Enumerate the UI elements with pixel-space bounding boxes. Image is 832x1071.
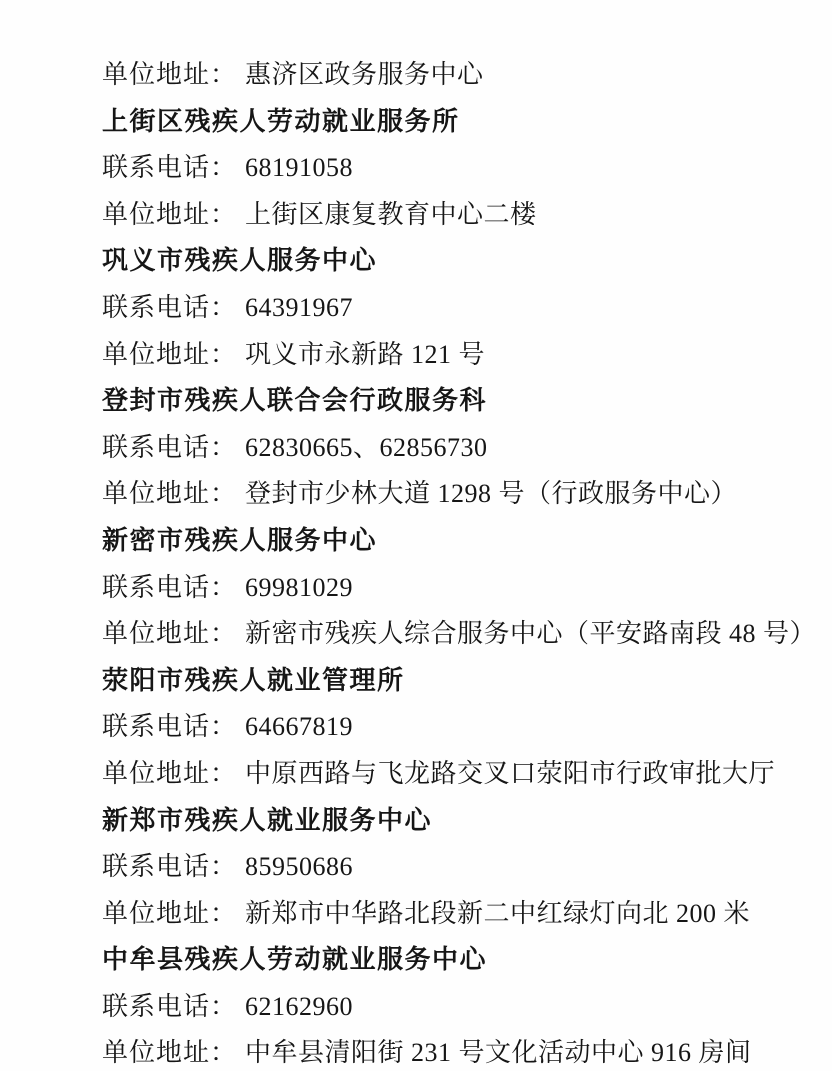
org-name: 新密市残疾人服务中心 bbox=[102, 518, 796, 565]
address-line: 单位地址：惠济区政务服务中心 bbox=[102, 52, 796, 99]
address-line: 单位地址：登封市少林大道 1298 号（行政服务中心） bbox=[102, 471, 796, 518]
address-label: 单位地址： bbox=[102, 619, 237, 648]
address-line: 单位地址：中原西路与飞龙路交叉口荥阳市行政审批大厅 bbox=[102, 751, 796, 798]
address-line: 单位地址：上街区康复教育中心二楼 bbox=[102, 192, 796, 239]
phone-label: 联系电话： bbox=[102, 712, 237, 741]
address-line: 单位地址：巩义市永新路 121 号 bbox=[102, 332, 796, 379]
org-name: 荥阳市残疾人就业管理所 bbox=[102, 658, 796, 705]
address-line: 单位地址：中牟县清阳街 231 号文化活动中心 916 房间 bbox=[102, 1030, 796, 1071]
address-label: 单位地址： bbox=[102, 759, 237, 788]
phone-label: 联系电话： bbox=[102, 573, 237, 602]
phone-label: 联系电话： bbox=[102, 852, 237, 881]
address-line: 单位地址：新密市残疾人综合服务中心（平安路南段 48 号） bbox=[102, 611, 796, 658]
phone-value: 62830665、62856730 bbox=[245, 433, 488, 462]
address-label: 单位地址： bbox=[102, 340, 237, 369]
phone-line: 联系电话：85950686 bbox=[102, 844, 796, 891]
org-name: 巩义市残疾人服务中心 bbox=[102, 238, 796, 285]
document-page: 单位地址：惠济区政务服务中心 上街区残疾人劳动就业服务所 联系电话：681910… bbox=[0, 0, 832, 1071]
address-value: 惠济区政务服务中心 bbox=[245, 60, 484, 89]
address-value: 中原西路与飞龙路交叉口荥阳市行政审批大厅 bbox=[245, 759, 775, 788]
phone-line: 联系电话：69981029 bbox=[102, 565, 796, 612]
phone-label: 联系电话： bbox=[102, 153, 237, 182]
address-line: 单位地址：新郑市中华路北段新二中红绿灯向北 200 米 bbox=[102, 891, 796, 938]
phone-value: 62162960 bbox=[245, 992, 353, 1021]
phone-value: 85950686 bbox=[245, 852, 353, 881]
address-label: 单位地址： bbox=[102, 200, 237, 229]
phone-line: 联系电话：64667819 bbox=[102, 704, 796, 751]
org-name: 登封市残疾人联合会行政服务科 bbox=[102, 378, 796, 425]
phone-line: 联系电话：62830665、62856730 bbox=[102, 425, 796, 472]
address-value: 新密市残疾人综合服务中心（平安路南段 48 号） bbox=[245, 619, 816, 648]
address-label: 单位地址： bbox=[102, 479, 237, 508]
phone-value: 64391967 bbox=[245, 293, 353, 322]
phone-value: 68191058 bbox=[245, 153, 353, 182]
phone-line: 联系电话：68191058 bbox=[102, 145, 796, 192]
org-name: 中牟县残疾人劳动就业服务中心 bbox=[102, 937, 796, 984]
address-label: 单位地址： bbox=[102, 1038, 237, 1067]
phone-value: 64667819 bbox=[245, 712, 353, 741]
address-label: 单位地址： bbox=[102, 60, 237, 89]
phone-line: 联系电话：62162960 bbox=[102, 984, 796, 1031]
address-value: 巩义市永新路 121 号 bbox=[245, 340, 485, 369]
phone-label: 联系电话： bbox=[102, 293, 237, 322]
address-value: 中牟县清阳街 231 号文化活动中心 916 房间 bbox=[245, 1038, 752, 1067]
org-name: 新郑市残疾人就业服务中心 bbox=[102, 798, 796, 845]
phone-label: 联系电话： bbox=[102, 992, 237, 1021]
phone-value: 69981029 bbox=[245, 573, 353, 602]
phone-label: 联系电话： bbox=[102, 433, 237, 462]
address-value: 上街区康复教育中心二楼 bbox=[245, 200, 537, 229]
address-value: 新郑市中华路北段新二中红绿灯向北 200 米 bbox=[245, 899, 750, 928]
address-label: 单位地址： bbox=[102, 899, 237, 928]
org-name: 上街区残疾人劳动就业服务所 bbox=[102, 99, 796, 146]
phone-line: 联系电话：64391967 bbox=[102, 285, 796, 332]
address-value: 登封市少林大道 1298 号（行政服务中心） bbox=[245, 479, 737, 508]
